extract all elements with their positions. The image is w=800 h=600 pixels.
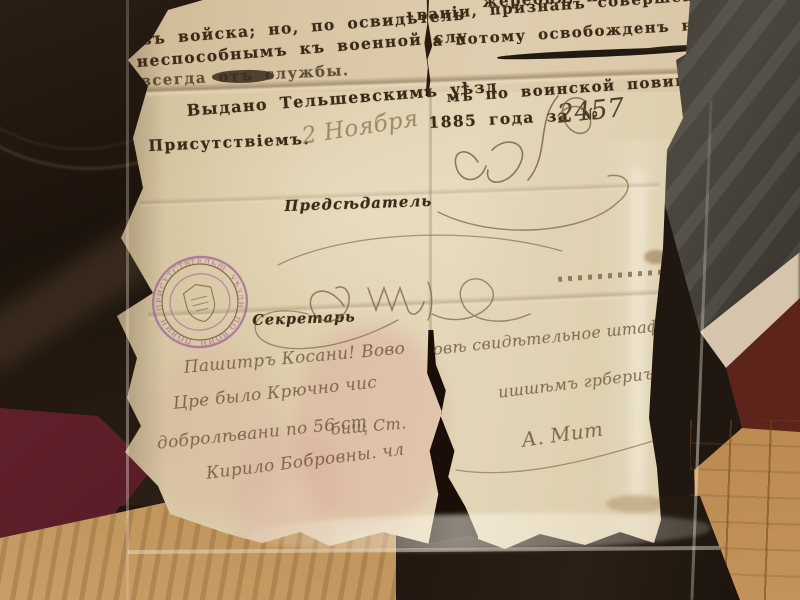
paper-stain <box>606 495 666 513</box>
stamp-coat-of-arms <box>182 281 218 325</box>
handwritten-underline-flourish <box>450 430 670 480</box>
paper-stain <box>644 250 668 264</box>
sleeve-left-edge <box>126 0 129 600</box>
secretary-signature <box>248 262 588 372</box>
photo-of-document: жеребья, по ваніи, признанъ совершенно в… <box>0 0 800 600</box>
